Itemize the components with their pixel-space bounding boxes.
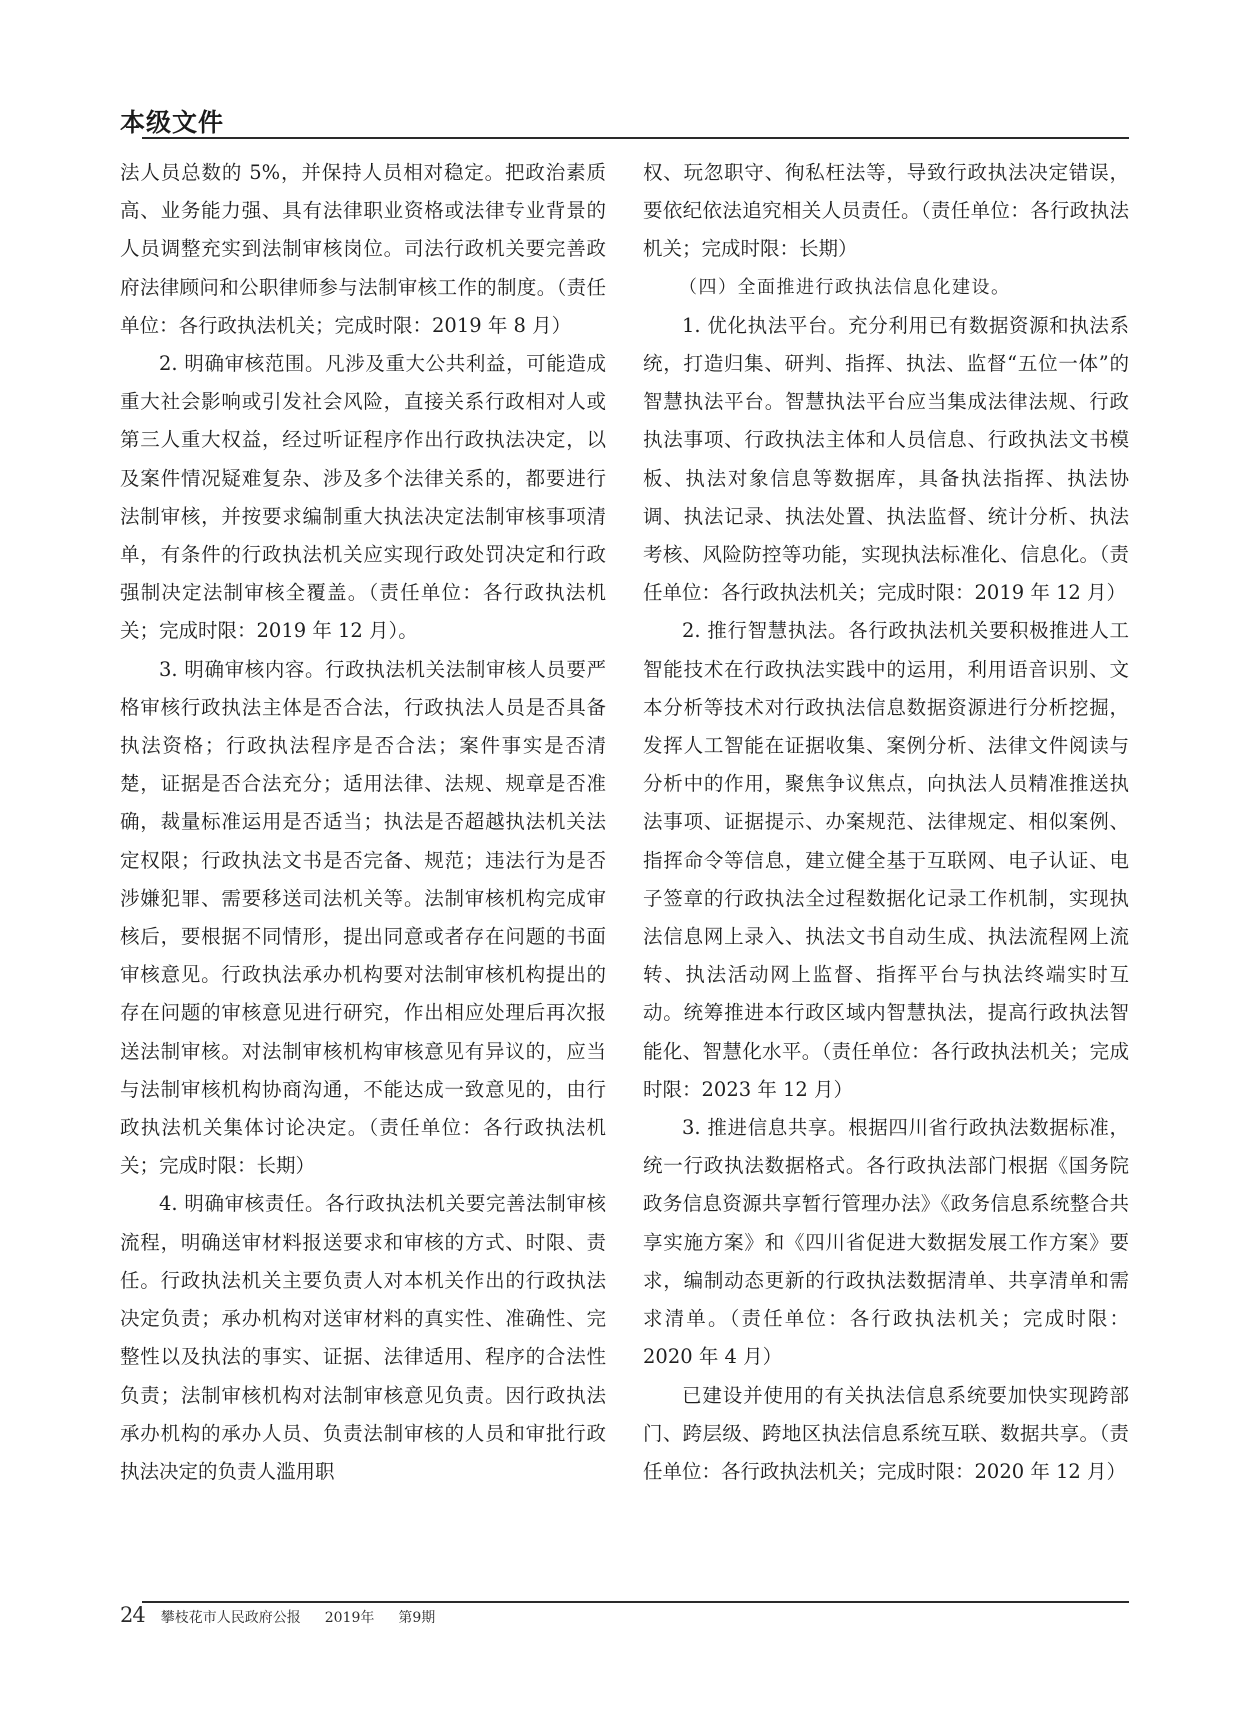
paragraph-continued-accountability: 权、玩忽职守、徇私枉法等，导致行政执法决定错误，要依纪依法追究相关人员责任。（责… bbox=[643, 154, 1129, 269]
header-divider bbox=[142, 137, 1129, 139]
section-subheading: （四）全面推进行政执法信息化建设。 bbox=[643, 269, 1129, 307]
paragraph-system-interconnect: 已建设并使用的有关执法信息系统要加快实现跨部门、跨层级、跨地区执法信息系统互联、… bbox=[643, 1377, 1129, 1492]
publication-name: 攀枝花市人民政府公报 bbox=[161, 1607, 301, 1627]
section-title: 本级文件 bbox=[120, 103, 224, 139]
publication-year: 2019年 bbox=[325, 1607, 375, 1627]
paragraph-smart-enforcement: 2. 推行智慧执法。各行政执法机关要积极推进人工智能技术在行政执法实践中的运用，… bbox=[643, 612, 1129, 1109]
left-column: 法人员总数的 5%，并保持人员相对稳定。把政治素质高、业务能力强、具有法律职业资… bbox=[120, 154, 606, 1491]
paragraph-review-scope: 2. 明确审核范围。凡涉及重大公共利益，可能造成重大社会影响或引发社会风险，直接… bbox=[120, 345, 606, 651]
page-footer: 24 攀枝花市人民政府公报 2019年 第9期 bbox=[120, 1603, 435, 1627]
paragraph-continued-staffing: 法人员总数的 5%，并保持人员相对稳定。把政治素质高、业务能力强、具有法律职业资… bbox=[120, 154, 606, 345]
paragraph-optimize-platform: 1. 优化执法平台。充分利用已有数据资源和执法系统，打造归集、研判、指挥、执法、… bbox=[643, 307, 1129, 613]
page-number: 24 bbox=[120, 1603, 145, 1627]
paragraph-review-responsibility: 4. 明确审核责任。各行政执法机关要完善法制审核流程，明确送审材料报送要求和审核… bbox=[120, 1185, 606, 1491]
paragraph-info-sharing: 3. 推进信息共享。根据四川省行政执法数据标准，统一行政执法数据格式。各行政执法… bbox=[643, 1109, 1129, 1376]
right-column: 权、玩忽职守、徇私枉法等，导致行政执法决定错误，要依纪依法追究相关人员责任。（责… bbox=[643, 154, 1129, 1491]
issue-number: 第9期 bbox=[398, 1607, 435, 1627]
paragraph-review-content: 3. 明确审核内容。行政执法机关法制审核人员要严格审核行政执法主体是否合法，行政… bbox=[120, 651, 606, 1186]
